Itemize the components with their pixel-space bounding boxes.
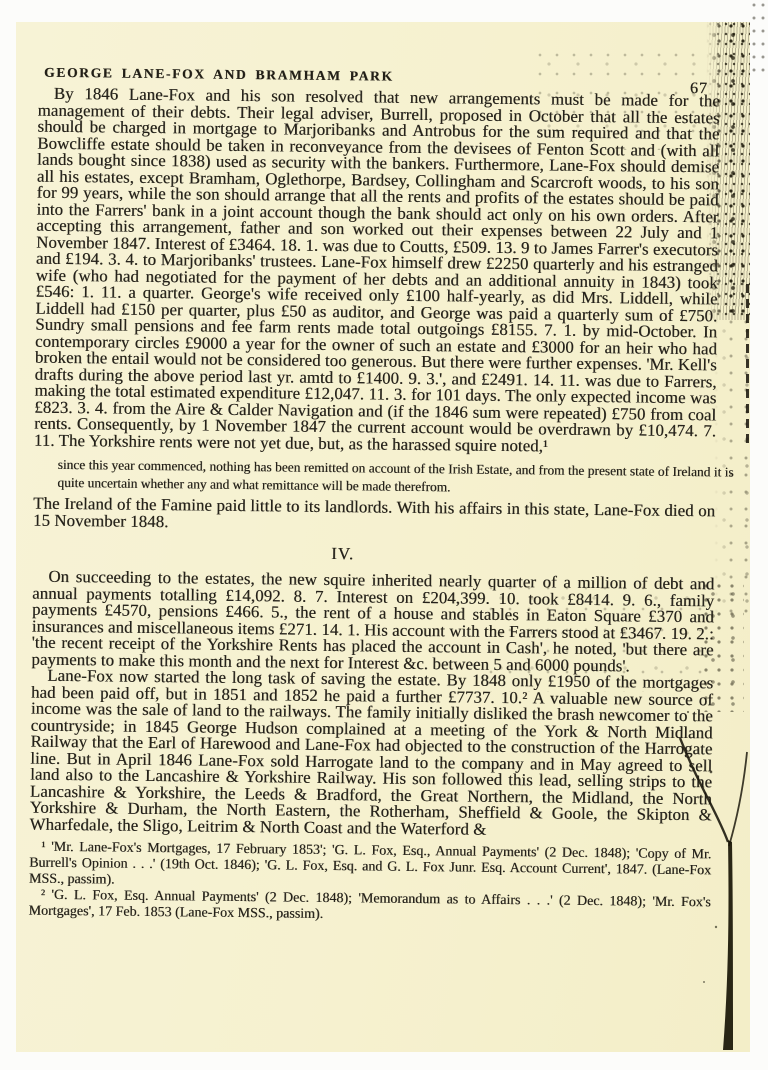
scan-noise-outside-page bbox=[750, 0, 768, 80]
scan-ink-scratch bbox=[16, 22, 750, 1052]
book-page: GEORGE LANE-FOX AND BRAMHAM PARK 67 By 1… bbox=[16, 22, 750, 1052]
scanned-page-background: GEORGE LANE-FOX AND BRAMHAM PARK 67 By 1… bbox=[0, 0, 768, 1070]
